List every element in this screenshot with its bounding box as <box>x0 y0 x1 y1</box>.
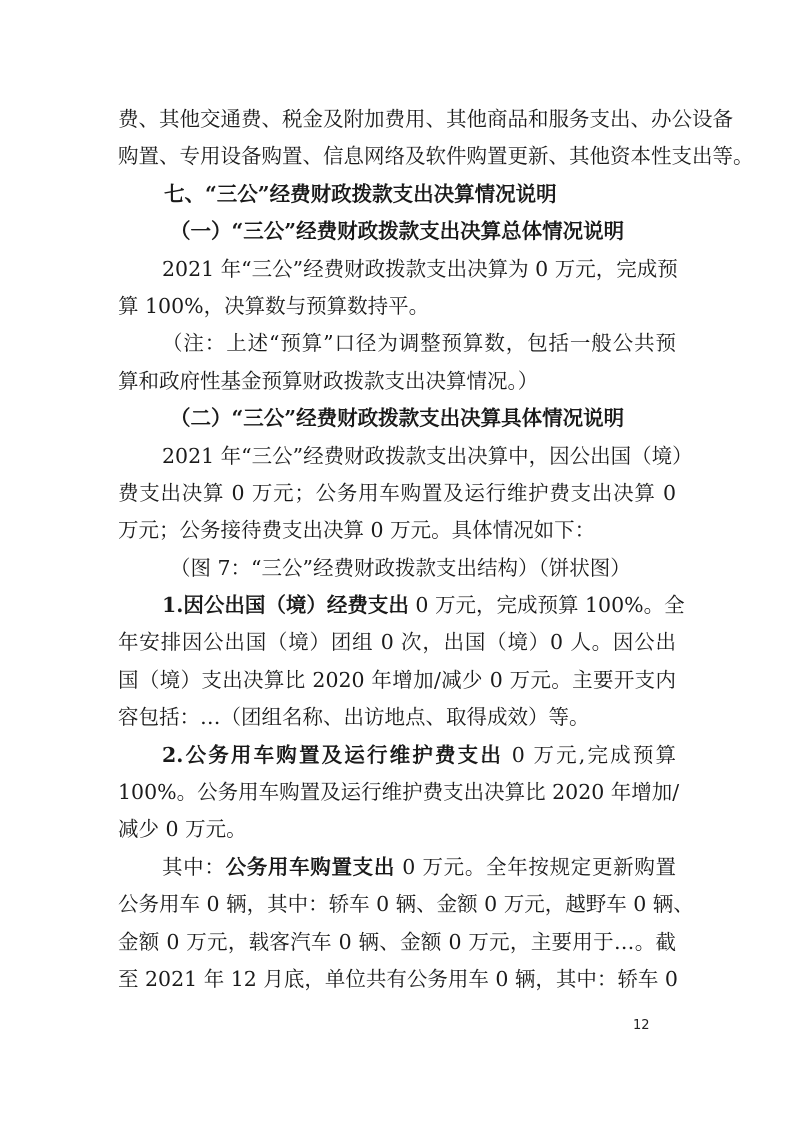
paragraph-line: 1.因公出国（境）经费支出 0 万元，完成预算 100%。全 <box>118 587 676 624</box>
paragraph-line: 2.公务用车购置及运行维护费支出 0 万元,完成预算 <box>118 737 676 774</box>
figure-caption: （图 7：“三公”经费财政拨款支出结构）（饼状图） <box>118 550 676 587</box>
paragraph-line: 万元；公务接待费支出决算 0 万元。具体情况如下： <box>118 512 676 549</box>
item-title: 1.因公出国（境）经费支出 <box>162 593 409 617</box>
item-text: 0 万元。全年按规定更新购置 <box>395 855 676 879</box>
page-number: 12 <box>633 1018 650 1033</box>
paragraph-line: 年安排因公出国（境）团组 0 次，出国（境）0 人。因公出 <box>118 624 676 661</box>
document-page: 费、其他交通费、税金及附加费用、其他商品和服务支出、办公设备 购置、专用设备购置… <box>0 0 793 1122</box>
paragraph-line: 费、其他交通费、税金及附加费用、其他商品和服务支出、办公设备 <box>118 101 676 138</box>
paragraph-line: 购置、专用设备购置、信息网络及软件购置更新、其他资本性支出等。 <box>118 138 676 175</box>
page-content: 费、其他交通费、税金及附加费用、其他商品和服务支出、办公设备 购置、专用设备购置… <box>118 101 676 998</box>
item-text: 0 万元,完成预算 <box>503 743 676 767</box>
note-line: （注：上述“预算”口径为调整预算数，包括一般公共预 <box>118 325 676 362</box>
item-title: 2.公务用车购置及运行维护费支出 <box>162 743 503 767</box>
paragraph-line: 其中：公务用车购置支出 0 万元。全年按规定更新购置 <box>118 849 676 886</box>
subsection-heading: （二）“三公”经费财政拨款支出决算具体情况说明 <box>118 400 676 437</box>
paragraph-line: 国（境）支出决算比 2020 年增加/减少 0 万元。主要开支内 <box>118 662 676 699</box>
paragraph-line: 至 2021 年 12 月底，单位共有公务用车 0 辆，其中：轿车 0 <box>118 961 676 998</box>
paragraph-line: 100%。公务用车购置及运行维护费支出决算比 2020 年增加/ <box>118 774 676 811</box>
paragraph-line: 2021 年“三公”经费财政拨款支出决算为 0 万元，完成预 <box>118 251 676 288</box>
note-line: 算和政府性基金预算财政拨款支出决算情况。） <box>118 363 676 400</box>
item-title: 公务用车购置支出 <box>226 855 395 879</box>
item-text: 0 万元，完成预算 100%。全 <box>409 593 685 617</box>
paragraph-line: 算 100%，决算数与预算数持平。 <box>118 288 676 325</box>
paragraph-line: 费支出决算 0 万元；公务用车购置及运行维护费支出决算 0 <box>118 475 676 512</box>
item-prefix: 其中： <box>162 855 226 879</box>
paragraph-line: 2021 年“三公”经费财政拨款支出决算中，因公出国（境） <box>118 438 676 475</box>
paragraph-line: 公务用车 0 辆，其中：轿车 0 辆、金额 0 万元，越野车 0 辆、 <box>118 886 676 923</box>
section-heading: 七、“三公”经费财政拨款支出决算情况说明 <box>118 176 676 213</box>
paragraph-line: 金额 0 万元，载客汽车 0 辆、金额 0 万元，主要用于…。截 <box>118 924 676 961</box>
paragraph-line: 容包括：…（团组名称、出访地点、取得成效）等。 <box>118 699 676 736</box>
paragraph-line: 减少 0 万元。 <box>118 811 676 848</box>
subsection-heading: （一）“三公”经费财政拨款支出决算总体情况说明 <box>118 213 676 250</box>
